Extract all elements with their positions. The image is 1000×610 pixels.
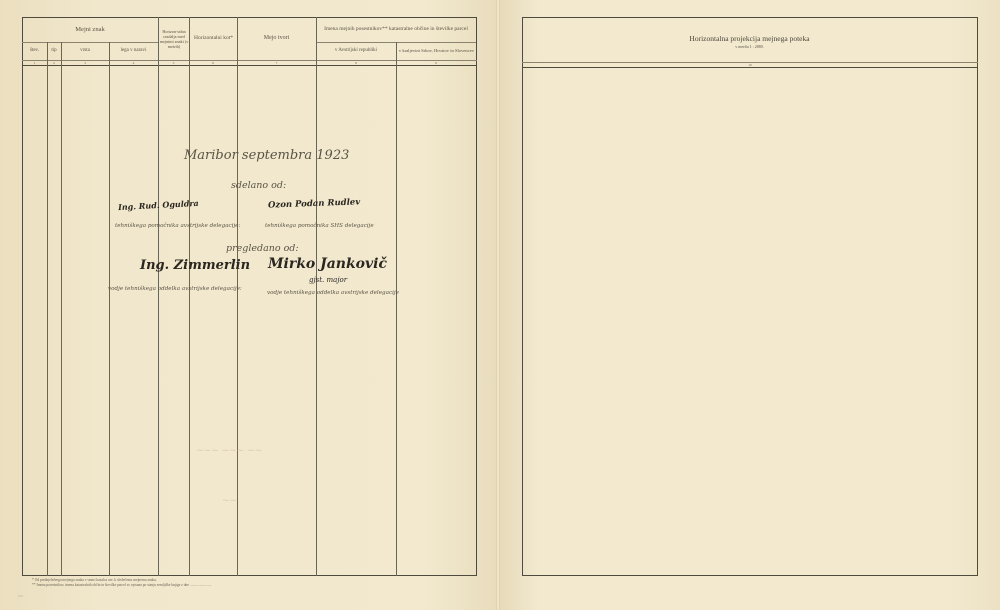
header-avstrijski: v Avstrijski republiki [316,42,396,60]
header-horiz-kot: Horizontalni kot* [190,17,237,60]
right-page-title: Horizontalna projekcija mejnega poteka [522,34,977,43]
col-number-9: 9 [396,61,476,65]
role-right-1: tehniškega pomočnika SHS delegacije [265,223,374,229]
place-date: Maribor septembra 1923 [184,148,349,163]
header-meja-tvori: Mejo tvori [237,17,316,60]
col-divider-6 [237,17,238,576]
header-kraljevini: v kraljevini Srbov, Hrvatov in Slovencev [397,42,476,60]
faint-show-through-1: ~~~ ~~~ ~~ [196,446,262,456]
header-lega: lega v naravi [109,42,158,60]
col-number-8: 8 [316,61,396,65]
header-vrsta: vrsta [61,42,109,60]
right-table-frame [522,17,978,576]
print-mark: ~~~ [18,594,23,598]
header-imena: Imena mejnih posestnikov** katastralne o… [320,17,472,42]
header-stev: štev. [22,42,47,60]
header-mejni-znak: Mejni znak [22,17,158,42]
right-number-row-bottom-line [522,67,978,68]
faint-show-through-2: ~~ [222,496,237,506]
col-divider-2 [61,42,62,576]
col-divider-5 [189,17,190,576]
header-horiz-razdalja: Horizon-talna razdalja med mejnimi znaki… [159,18,189,60]
role-left-2: vodje tehniškega oddelka avstrijske dele… [108,286,242,292]
col-number-4: 4 [109,61,158,65]
signature-right-2-note: gjst. major [309,276,347,284]
right-page-subtitle: v merilu 1 : 2880. [522,44,977,49]
footnote-1: * Od prednjeležeega mejnega znaka v smer… [32,578,157,582]
header-tip: tip [47,42,61,60]
col-divider-7 [316,17,317,576]
signature-right-2: Mirko Jankovič [268,256,387,272]
col-number-2: 2 [47,61,61,65]
signature-left-2: Ing. Zimmerlin [140,258,250,273]
made-by-label: sdelano od: [231,180,286,191]
book-gutter [496,0,500,610]
col-number-6: 6 [189,61,237,65]
col-number-10: 10 [522,63,978,67]
col-number-5: 5 [158,61,189,65]
col-divider-1 [47,42,48,576]
role-left-1: tehniškega pomočnika avstrijske delegaci… [115,223,240,229]
footnote-2: ** Imena posestnikov, imena katastralnih… [32,583,211,587]
col-divider-3 [109,42,110,576]
col-number-3: 3 [61,61,109,65]
col-divider-8 [396,42,397,576]
left-table-frame [22,17,477,576]
number-row-bottom-line [22,65,477,66]
col-divider-4 [158,17,159,576]
role-right-2: vodje tehniškega oddelka avstrijske dele… [267,290,399,296]
checked-by-label: pregledano od: [226,243,299,254]
col-number-7: 7 [237,61,316,65]
col-number-1: 1 [22,61,47,65]
